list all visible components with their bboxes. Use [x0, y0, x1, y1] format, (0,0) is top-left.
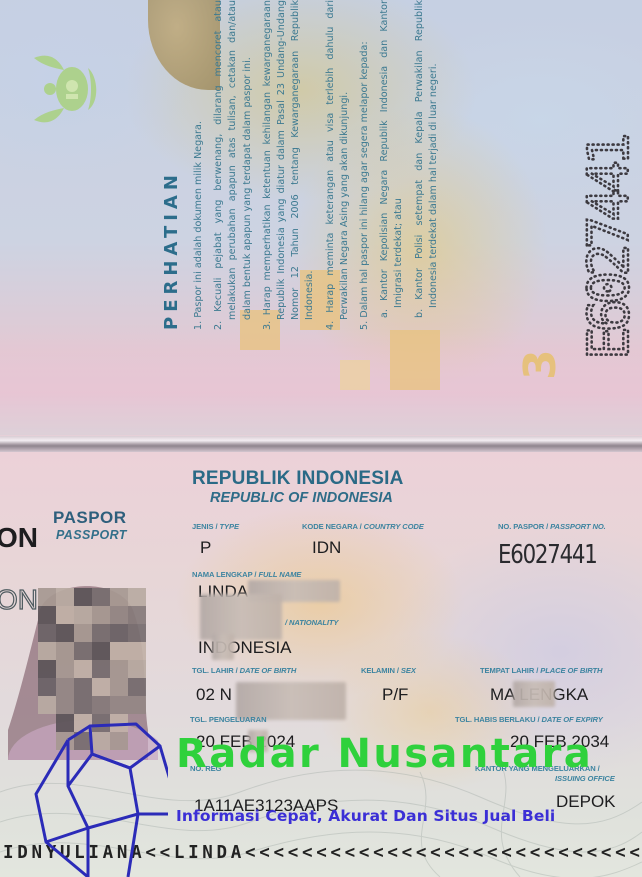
notice-item: 2. Kecuali pejabat yang berwenang, dilar… — [212, 0, 255, 330]
garuda-emblem-icon — [28, 48, 104, 130]
issuing-office-value: DEPOK — [556, 792, 616, 812]
side-text-solid: ON — [0, 522, 38, 554]
notice-item: 4. Harap meminta keterangan atau visa te… — [324, 0, 352, 330]
notice-list: 1. Paspor ini adalah dokumen milik Negar… — [192, 0, 441, 330]
country-code-value: IDN — [312, 538, 341, 558]
watermark-subtitle: Informasi Cepat, Akurat Dan Situs Jual B… — [176, 807, 555, 825]
notice-text-block: PERHATIAN 1. Paspor ini adalah dokumen m… — [158, 0, 518, 330]
document-title-en: PASSPORT — [56, 528, 127, 542]
document-title-id: PASPOR — [53, 508, 127, 528]
perforated-passport-number: E6027441 — [570, 30, 640, 365]
svg-text:E6027441: E6027441 — [577, 136, 640, 360]
full-name-label: NAMA LENGKAP / FULL NAME — [192, 570, 301, 579]
dodecahedron-logo-icon — [28, 716, 168, 877]
passport-fold — [0, 436, 642, 452]
country-name-id: REPUBLIK INDONESIA — [192, 468, 404, 490]
type-value: P — [200, 538, 211, 558]
passport-notice-page: PERHATIAN 1. Paspor ini adalah dokumen m… — [0, 0, 642, 440]
nationality-label: / NATIONALITY — [285, 618, 338, 627]
notice-item: 3. Harap memperhatikan ketentuan kehilan… — [261, 0, 318, 330]
notice-title: PERHATIAN — [158, 0, 186, 330]
notice-sub-item: b. Kantor Polisi setempat dan Kepala Per… — [413, 0, 441, 330]
country-code-label: KODE NEGARA / COUNTRY CODE — [302, 522, 424, 531]
country-name-en: REPUBLIC OF INDONESIA — [210, 490, 393, 506]
redaction-block — [200, 594, 282, 640]
notice-item: 5. Dalam hal paspor ini hilang agar sege… — [358, 0, 372, 330]
watermark-title: Radar Nusantara — [176, 731, 593, 777]
passport-no-value: E6027441 — [498, 540, 597, 570]
sex-value: P/F — [382, 685, 408, 705]
type-label: JENIS / TYPE — [192, 522, 239, 531]
redaction-block — [513, 681, 555, 707]
date-of-birth-label: TGL. LAHIR / DATE OF BIRTH — [192, 666, 296, 675]
sex-label: KELAMIN / SEX — [361, 666, 416, 675]
date-of-expiry-label: TGL. HABIS BERLAKU / DATE OF EXPIRY — [455, 715, 603, 724]
notice-item: 1. Paspor ini adalah dokumen milik Negar… — [192, 0, 206, 330]
page-number: 3 — [515, 330, 565, 380]
redaction-block — [212, 634, 234, 660]
date-of-issue-label: TGL. PENGELUARAN — [190, 715, 266, 724]
notice-sub-item: a. Kantor Kepolisian Negara Republik Ind… — [378, 0, 406, 330]
date-of-birth-value: 02 N — [196, 685, 232, 705]
passport-no-label: NO. PASPOR / PASSPORT NO. — [498, 522, 606, 531]
place-of-birth-label: TEMPAT LAHIR / PLACE OF BIRTH — [480, 666, 602, 675]
